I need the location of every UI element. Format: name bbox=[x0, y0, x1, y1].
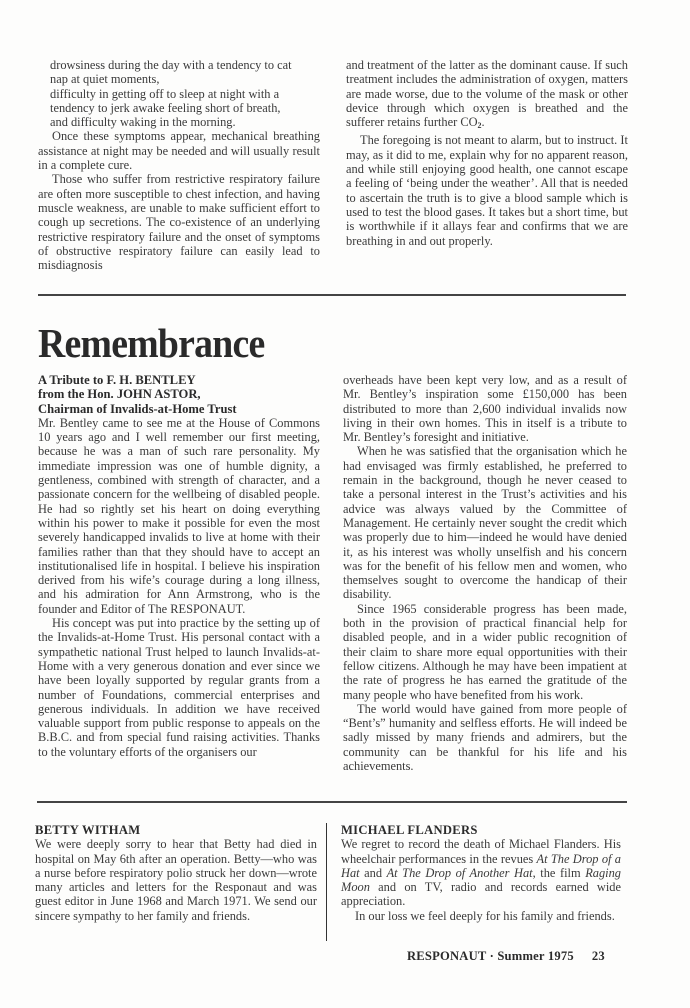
paragraph: In our loss we feel deeply for his famil… bbox=[341, 909, 621, 923]
top-left-column: drowsiness during the day with a tendenc… bbox=[38, 58, 320, 272]
paragraph: Since 1965 considerable progress has bee… bbox=[343, 602, 627, 702]
paragraph: Once these symptoms appear, mechanical b… bbox=[38, 129, 320, 172]
obituary-heading: MICHAEL FLANDERS bbox=[341, 823, 621, 837]
paragraph: The world would have gained from more pe… bbox=[343, 702, 627, 773]
symptom-item: drowsiness during the day with a tendenc… bbox=[50, 58, 320, 87]
paragraph: The foregoing is not meant to alarm, but… bbox=[346, 133, 628, 247]
revue-title: At The Drop of Another Hat bbox=[387, 866, 533, 880]
paragraph-text: and bbox=[360, 866, 387, 880]
section-divider bbox=[38, 294, 626, 296]
symptom-text: and difficulty waking in the morning. bbox=[50, 115, 236, 129]
obituary-michael-flanders: MICHAEL FLANDERS We regret to record the… bbox=[341, 823, 621, 923]
obituary-heading: BETTY WITHAM bbox=[35, 823, 317, 837]
tribute-byline: A Tribute to F. H. BENTLEY from the Hon.… bbox=[38, 373, 320, 416]
paragraph-text: and on TV, radio and records earned wide… bbox=[341, 880, 621, 908]
paragraph: His concept was put into practice by the… bbox=[38, 616, 320, 759]
page-title: Remembrance bbox=[38, 318, 265, 368]
paragraph-text: and treatment of the latter as the domin… bbox=[346, 58, 628, 129]
byline-line: Chairman of Invalids-at-Home Trust bbox=[38, 402, 320, 416]
symptom-item: and difficulty waking in the morning. bbox=[50, 115, 320, 129]
paragraph: and treatment of the latter as the domin… bbox=[346, 58, 628, 133]
byline-line: from the Hon. JOHN ASTOR, bbox=[38, 387, 320, 401]
tribute-right-column: overheads have been kept very low, and a… bbox=[343, 373, 627, 773]
byline-line: A Tribute to F. H. BENTLEY bbox=[38, 373, 320, 387]
obituary-betty-witham: BETTY WITHAM We were deeply sorry to hea… bbox=[35, 823, 317, 923]
paragraph: We were deeply sorry to hear that Betty … bbox=[35, 837, 317, 923]
page-footer: RESPONAUT · Summer 197523 bbox=[407, 949, 605, 964]
column-divider bbox=[326, 823, 327, 941]
tribute-left-column: A Tribute to F. H. BENTLEY from the Hon.… bbox=[38, 373, 320, 759]
symptom-text: drowsiness during the day with a tendenc… bbox=[50, 58, 292, 72]
publication-name: RESPONAUT · Summer 1975 bbox=[407, 949, 574, 963]
top-right-column: and treatment of the latter as the domin… bbox=[346, 58, 628, 248]
paragraph: Mr. Bentley came to see me at the House … bbox=[38, 416, 320, 616]
paragraph: overheads have been kept very low, and a… bbox=[343, 373, 627, 444]
symptom-text: difficulty in getting off to sleep at ni… bbox=[50, 87, 279, 101]
paragraph: Those who suffer from restrictive respir… bbox=[38, 172, 320, 272]
symptom-text: tendency to jerk awake feeling short of … bbox=[50, 101, 281, 115]
symptom-item: difficulty in getting off to sleep at ni… bbox=[50, 87, 320, 116]
section-divider bbox=[37, 801, 627, 803]
paragraph: When he was satisfied that the organisat… bbox=[343, 444, 627, 601]
paragraph: We regret to record the death of Michael… bbox=[341, 837, 621, 908]
paragraph-text: . bbox=[482, 115, 485, 129]
page-number: 23 bbox=[592, 949, 605, 963]
symptom-text: nap at quiet moments, bbox=[50, 72, 159, 86]
paragraph-text: , the film bbox=[533, 866, 586, 880]
symptom-list: drowsiness during the day with a tendenc… bbox=[38, 58, 320, 129]
